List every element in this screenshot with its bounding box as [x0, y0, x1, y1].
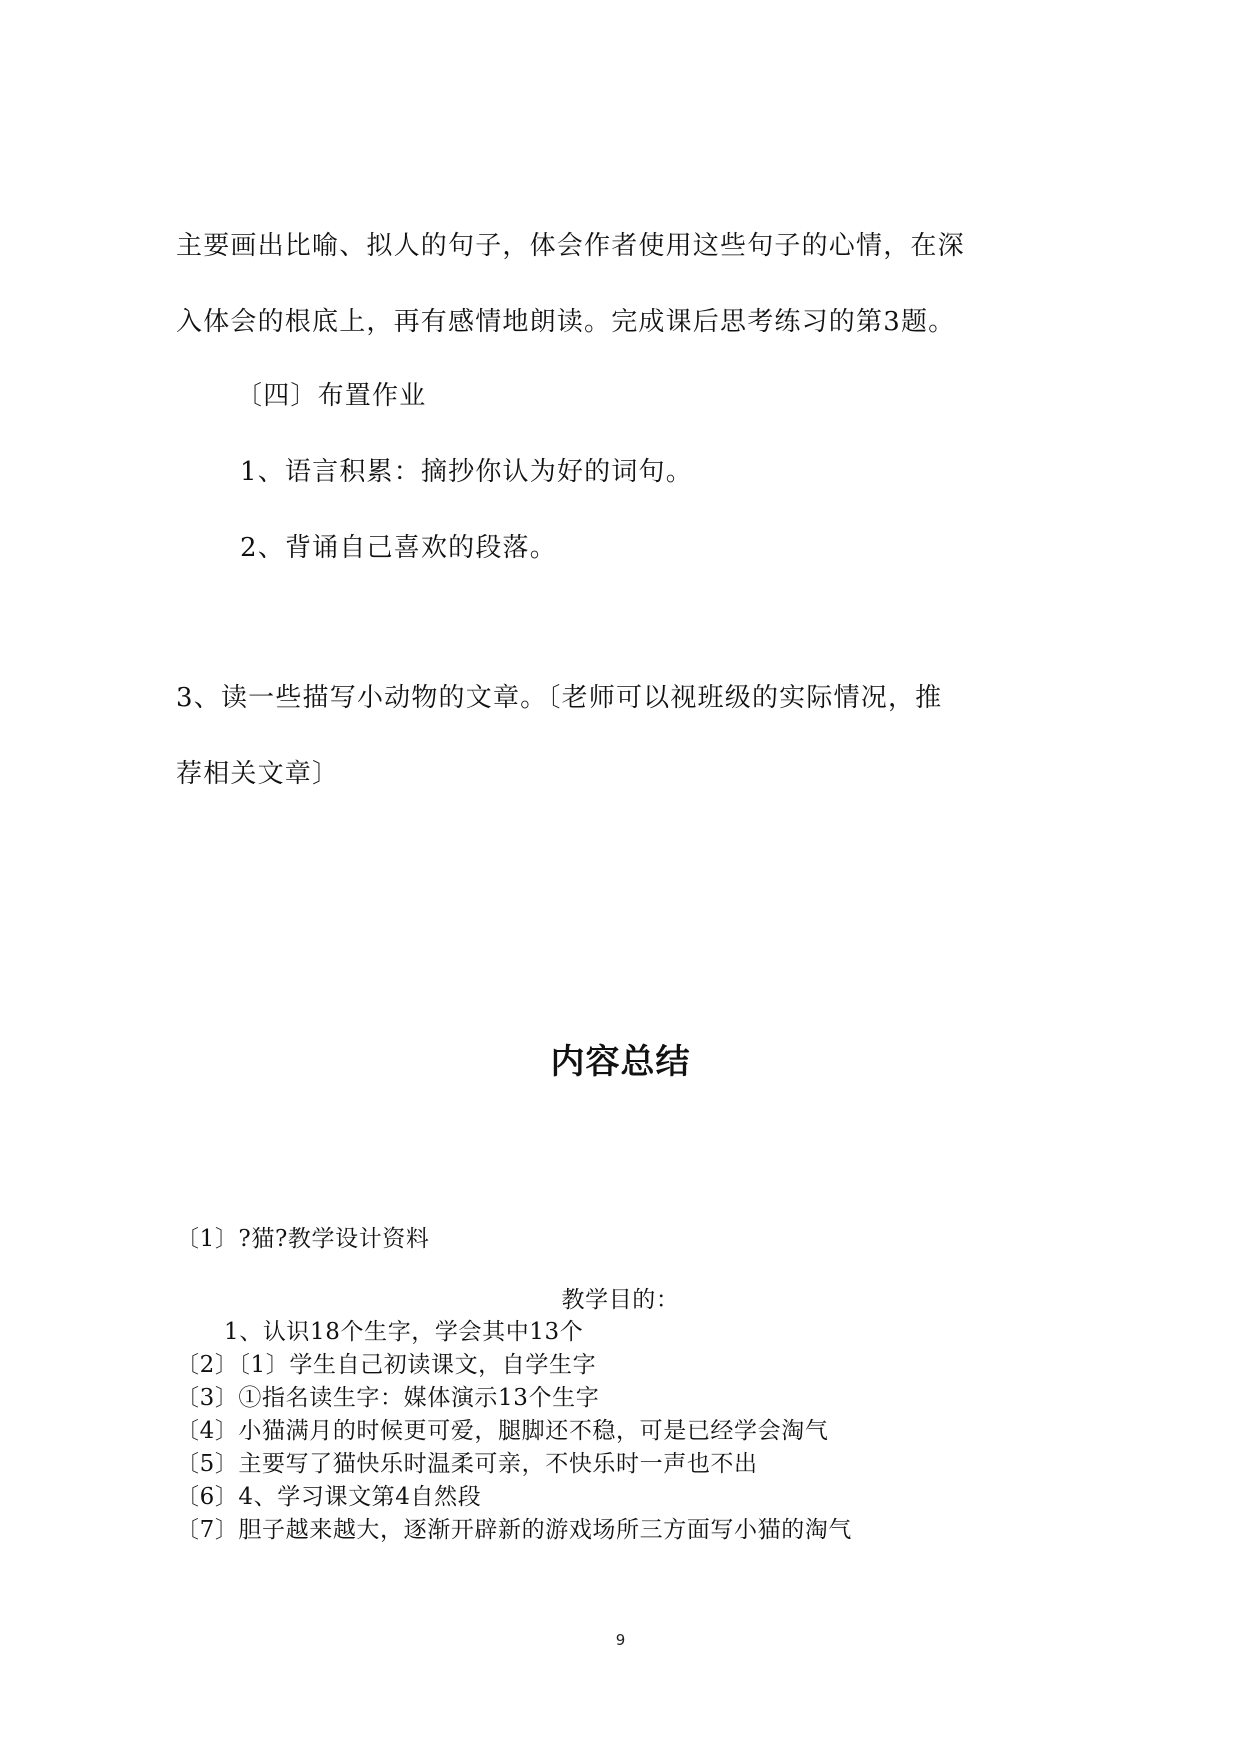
paragraph-line-1: 主要画出比喻、拟人的句子，体会作者使用这些句子的心情，在深 — [176, 230, 965, 262]
objective-title: 教学目的： — [0, 1285, 1241, 1315]
homework-item-1: 1、语言积累：摘抄你认为好的词句。 — [240, 456, 693, 488]
summary-entry-7: 〔7〕胆子越来越大，逐渐开辟新的游戏场所三方面写小猫的淘气 — [176, 1515, 852, 1545]
homework-item-3-line-1: 3、读一些描写小动物的文章。〔老师可以视班级的实际情况，推 — [176, 682, 942, 714]
homework-item-2: 2、背诵自己喜欢的段落。 — [240, 532, 557, 564]
summary-entry-1: 〔1〕?猫?教学设计资料 — [176, 1224, 430, 1254]
homework-item-3-line-2: 荐相关文章〕 — [176, 758, 339, 790]
page-number: 9 — [0, 1630, 1241, 1650]
summary-entry-2: 〔2〕〔1〕学生自己初读课文，自学生字 — [176, 1350, 596, 1380]
summary-entry-6: 〔6〕4、学习课文第4自然段 — [176, 1482, 481, 1512]
summary-heading: 内容总结 — [0, 1042, 1241, 1082]
objective-item: 1、认识18个生字，学会其中13个 — [224, 1317, 583, 1347]
summary-entry-5: 〔5〕主要写了猫快乐时温柔可亲，不快乐时一声也不出 — [176, 1449, 758, 1479]
document-page: 主要画出比喻、拟人的句子，体会作者使用这些句子的心情，在深 入体会的根底上，再有… — [0, 0, 1241, 1754]
summary-entry-3: 〔3〕①指名读生字：媒体演示13个生字 — [176, 1383, 599, 1413]
section-four-title: 〔四〕布置作业 — [236, 380, 426, 412]
paragraph-line-2: 入体会的根底上，再有感情地朗读。完成课后思考练习的第3题。 — [176, 306, 955, 338]
summary-entry-4: 〔4〕小猫满月的时候更可爱，腿脚还不稳，可是已经学会淘气 — [176, 1416, 828, 1446]
